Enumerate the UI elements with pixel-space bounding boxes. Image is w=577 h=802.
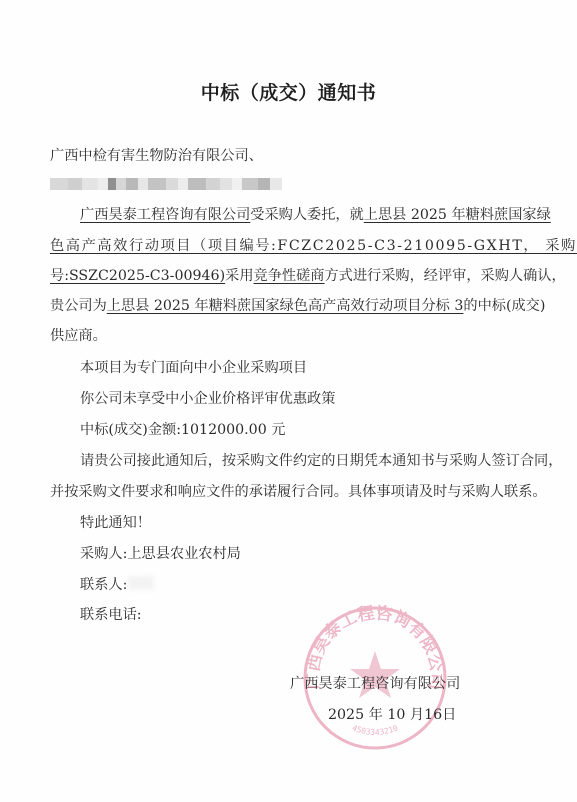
purchaser: 采购人:上思县农业农村局 [80, 544, 241, 564]
notice-closing: 特此通知！ [80, 513, 151, 533]
paragraph-2-line-2: 并按采购文件要求和响应文件的承诺履行合同。具体事项请及时与采购人联系。 [50, 482, 547, 502]
redacted-recipient [50, 176, 292, 192]
signatory-company: 广西昊泰工程咨询有限公司 [290, 674, 460, 694]
notice-document: 中标（成交）通知书 广西中检有害生物防治有限公司、 广西昊泰工程咨询有限公司受采… [0, 0, 577, 802]
procurement-method: 竞争性磋商 [254, 268, 325, 284]
purchaser-value: 上思县农业农村局 [127, 546, 241, 562]
text: 受采购人委托，就 [250, 207, 364, 223]
signature-date: 2025 年 10 月16日 [328, 705, 456, 725]
sme-note: 本项目为专门面向中小企业采购项目 [80, 358, 307, 378]
discount-note: 你公司未享受中小企业价格评审优惠政策 [80, 389, 335, 409]
phone-label: 联系电话: [80, 607, 142, 623]
amount-value: 1012000.00 [181, 422, 267, 438]
bid-amount: 中标(成交)金额:1012000.00 元 [80, 420, 285, 440]
text: 的中标(成交) [463, 298, 545, 314]
contact-label: 联系人: [80, 577, 127, 593]
amount-unit: 元 [271, 422, 285, 438]
document-title: 中标（成交）通知书 [0, 78, 577, 105]
paragraph-1-line-5: 供应商。 [50, 326, 107, 346]
purchaser-label: 采购人: [80, 546, 127, 562]
contact-person: 联系人: [80, 575, 127, 595]
agency-name: 广西昊泰工程咨询有限公司 [80, 207, 250, 223]
text: 方式进行采购，经评审，采购人确认， [324, 268, 565, 284]
amount-label: 中标(成交)金额: [80, 422, 181, 438]
paragraph-1-line-1: 广西昊泰工程咨询有限公司受采购人委托，就上思县 2025 年糖料蔗国家绿 [80, 205, 551, 225]
contact-phone: 联系电话: [80, 605, 142, 625]
text: 采用 [225, 268, 253, 284]
project-name: 上思县 2025 年糖料蔗国家绿 [364, 207, 551, 223]
recipient-line: 广西中检有害生物防治有限公司、 [50, 146, 263, 166]
lot-name: 上思县 2025 年糖料蔗国家绿色高产高效行动项目分标 3 [107, 298, 464, 314]
paragraph-2-line-1: 请贵公司接此通知后，按采购文件约定的日期凭本通知书与采购人签订合同， [80, 451, 562, 471]
svg-text:4503343210: 4503343210 [351, 723, 400, 737]
redacted-contact [128, 576, 154, 590]
purchase-file-number: 号:SSZC2025-C3-00946) [50, 268, 225, 284]
text: 贵公司为 [50, 298, 107, 314]
paragraph-1-line-2: 色高产高效行动项目（项目编号:FCZC2025-C3-210095-GXHT， … [50, 236, 577, 256]
paragraph-1-line-4: 贵公司为上思县 2025 年糖料蔗国家绿色高产高效行动项目分标 3的中标(成交) [50, 296, 545, 316]
paragraph-1-line-3: 号:SSZC2025-C3-00946)采用竞争性磋商方式进行采购，经评审，采购… [50, 266, 566, 286]
